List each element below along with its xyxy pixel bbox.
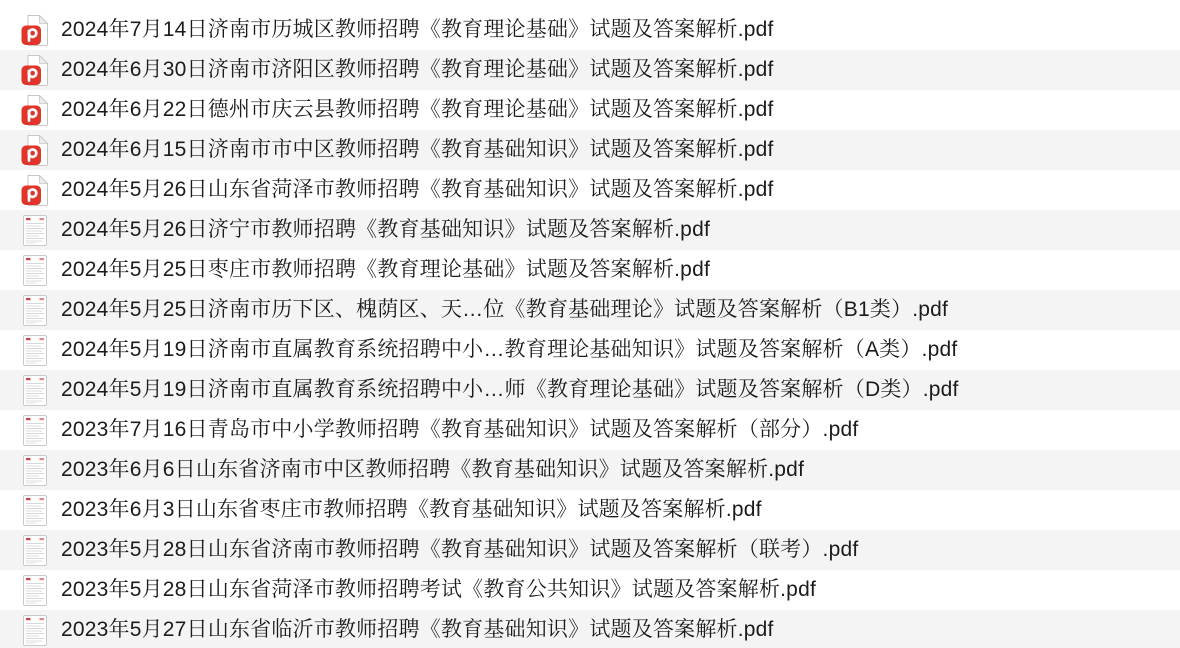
document-preview-icon [23, 615, 47, 646]
file-row[interactable]: 2023年5月27日山东省临沂市教师招聘《教育基础知识》试题及答案解析.pdf [0, 610, 1180, 648]
file-name: 2023年5月27日山东省临沂市教师招聘《教育基础知识》试题及答案解析.pdf [61, 610, 774, 648]
file-icon-wrap [21, 615, 48, 646]
file-row[interactable]: 2024年5月19日济南市直属教育系统招聘中小…师《教育理论基础》试题及答案解析… [0, 370, 1180, 410]
file-icon-wrap [21, 255, 48, 286]
pdf-file-icon [21, 135, 48, 166]
file-icon-wrap [21, 295, 48, 326]
file-name: 2024年5月26日山东省菏泽市教师招聘《教育基础知识》试题及答案解析.pdf [61, 170, 774, 210]
file-icon-wrap [21, 55, 48, 86]
file-name: 2023年6月3日山东省枣庄市教师招聘《教育基础知识》试题及答案解析.pdf [61, 490, 762, 530]
file-icon-wrap [21, 575, 48, 606]
file-name: 2024年6月30日济南市济阳区教师招聘《教育理论基础》试题及答案解析.pdf [61, 50, 774, 90]
file-icon-wrap [21, 455, 48, 486]
file-row[interactable]: 2024年6月22日德州市庆云县教师招聘《教育理论基础》试题及答案解析.pdf [0, 90, 1180, 130]
file-name: 2024年6月15日济南市市中区教师招聘《教育基础知识》试题及答案解析.pdf [61, 130, 774, 170]
file-name: 2024年5月19日济南市直属教育系统招聘中小…师《教育理论基础》试题及答案解析… [61, 370, 959, 410]
file-row[interactable]: 2023年5月28日山东省济南市教师招聘《教育基础知识》试题及答案解析（联考）.… [0, 530, 1180, 570]
file-row[interactable]: 2024年5月25日济南市历下区、槐荫区、天…位《教育基础理论》试题及答案解析（… [0, 290, 1180, 330]
file-name: 2023年5月28日山东省菏泽市教师招聘考试《教育公共知识》试题及答案解析.pd… [61, 570, 816, 610]
file-row[interactable]: 2023年5月28日山东省菏泽市教师招聘考试《教育公共知识》试题及答案解析.pd… [0, 570, 1180, 610]
file-icon-wrap [21, 95, 48, 126]
file-icon-wrap [21, 415, 48, 446]
file-row[interactable]: 2024年6月15日济南市市中区教师招聘《教育基础知识》试题及答案解析.pdf [0, 130, 1180, 170]
file-name: 2024年6月22日德州市庆云县教师招聘《教育理论基础》试题及答案解析.pdf [61, 90, 774, 130]
file-icon-wrap [21, 15, 48, 46]
document-preview-icon [23, 495, 47, 526]
document-preview-icon [23, 415, 47, 446]
file-row[interactable]: 2023年7月16日青岛市中小学教师招聘《教育基础知识》试题及答案解析（部分）.… [0, 410, 1180, 450]
file-row[interactable]: 2024年6月30日济南市济阳区教师招聘《教育理论基础》试题及答案解析.pdf [0, 50, 1180, 90]
pdf-file-icon [21, 175, 48, 206]
file-row[interactable]: 2024年7月14日济南市历城区教师招聘《教育理论基础》试题及答案解析.pdf [0, 10, 1180, 50]
file-icon-wrap [21, 335, 48, 366]
document-preview-icon [23, 575, 47, 606]
file-name: 2023年6月6日山东省济南市中区教师招聘《教育基础知识》试题及答案解析.pdf [61, 450, 804, 490]
pdf-file-icon [21, 95, 48, 126]
file-icon-wrap [21, 375, 48, 406]
document-preview-icon [23, 335, 47, 366]
file-icon-wrap [21, 175, 48, 206]
document-preview-icon [23, 375, 47, 406]
file-row[interactable]: 2024年5月26日山东省菏泽市教师招聘《教育基础知识》试题及答案解析.pdf [0, 170, 1180, 210]
document-preview-icon [23, 255, 47, 286]
pdf-file-icon [21, 15, 48, 46]
document-preview-icon [23, 215, 47, 246]
file-row[interactable]: 2024年5月26日济宁市教师招聘《教育基础知识》试题及答案解析.pdf [0, 210, 1180, 250]
document-preview-icon [23, 295, 47, 326]
pdf-file-icon [21, 55, 48, 86]
file-row[interactable]: 2024年5月19日济南市直属教育系统招聘中小…教育理论基础知识》试题及答案解析… [0, 330, 1180, 370]
file-icon-wrap [21, 535, 48, 566]
document-preview-icon [23, 455, 47, 486]
file-name: 2023年5月28日山东省济南市教师招聘《教育基础知识》试题及答案解析（联考）.… [61, 530, 858, 570]
file-name: 2023年7月16日青岛市中小学教师招聘《教育基础知识》试题及答案解析（部分）.… [61, 410, 858, 450]
file-icon-wrap [21, 135, 48, 166]
file-icon-wrap [21, 495, 48, 526]
file-name: 2024年5月25日济南市历下区、槐荫区、天…位《教育基础理论》试题及答案解析（… [61, 290, 948, 330]
file-row[interactable]: 2024年5月25日枣庄市教师招聘《教育理论基础》试题及答案解析.pdf [0, 250, 1180, 290]
file-name: 2024年5月26日济宁市教师招聘《教育基础知识》试题及答案解析.pdf [61, 210, 710, 250]
file-name: 2024年5月25日枣庄市教师招聘《教育理论基础》试题及答案解析.pdf [61, 250, 710, 290]
file-name: 2024年5月19日济南市直属教育系统招聘中小…教育理论基础知识》试题及答案解析… [61, 330, 957, 370]
file-list: 2024年7月14日济南市历城区教师招聘《教育理论基础》试题及答案解析.pdf … [0, 0, 1180, 648]
file-row[interactable]: 2023年6月3日山东省枣庄市教师招聘《教育基础知识》试题及答案解析.pdf [0, 490, 1180, 530]
document-preview-icon [23, 535, 47, 566]
file-row[interactable]: 2023年6月6日山东省济南市中区教师招聘《教育基础知识》试题及答案解析.pdf [0, 450, 1180, 490]
file-name: 2024年7月14日济南市历城区教师招聘《教育理论基础》试题及答案解析.pdf [61, 10, 774, 50]
file-icon-wrap [21, 215, 48, 246]
